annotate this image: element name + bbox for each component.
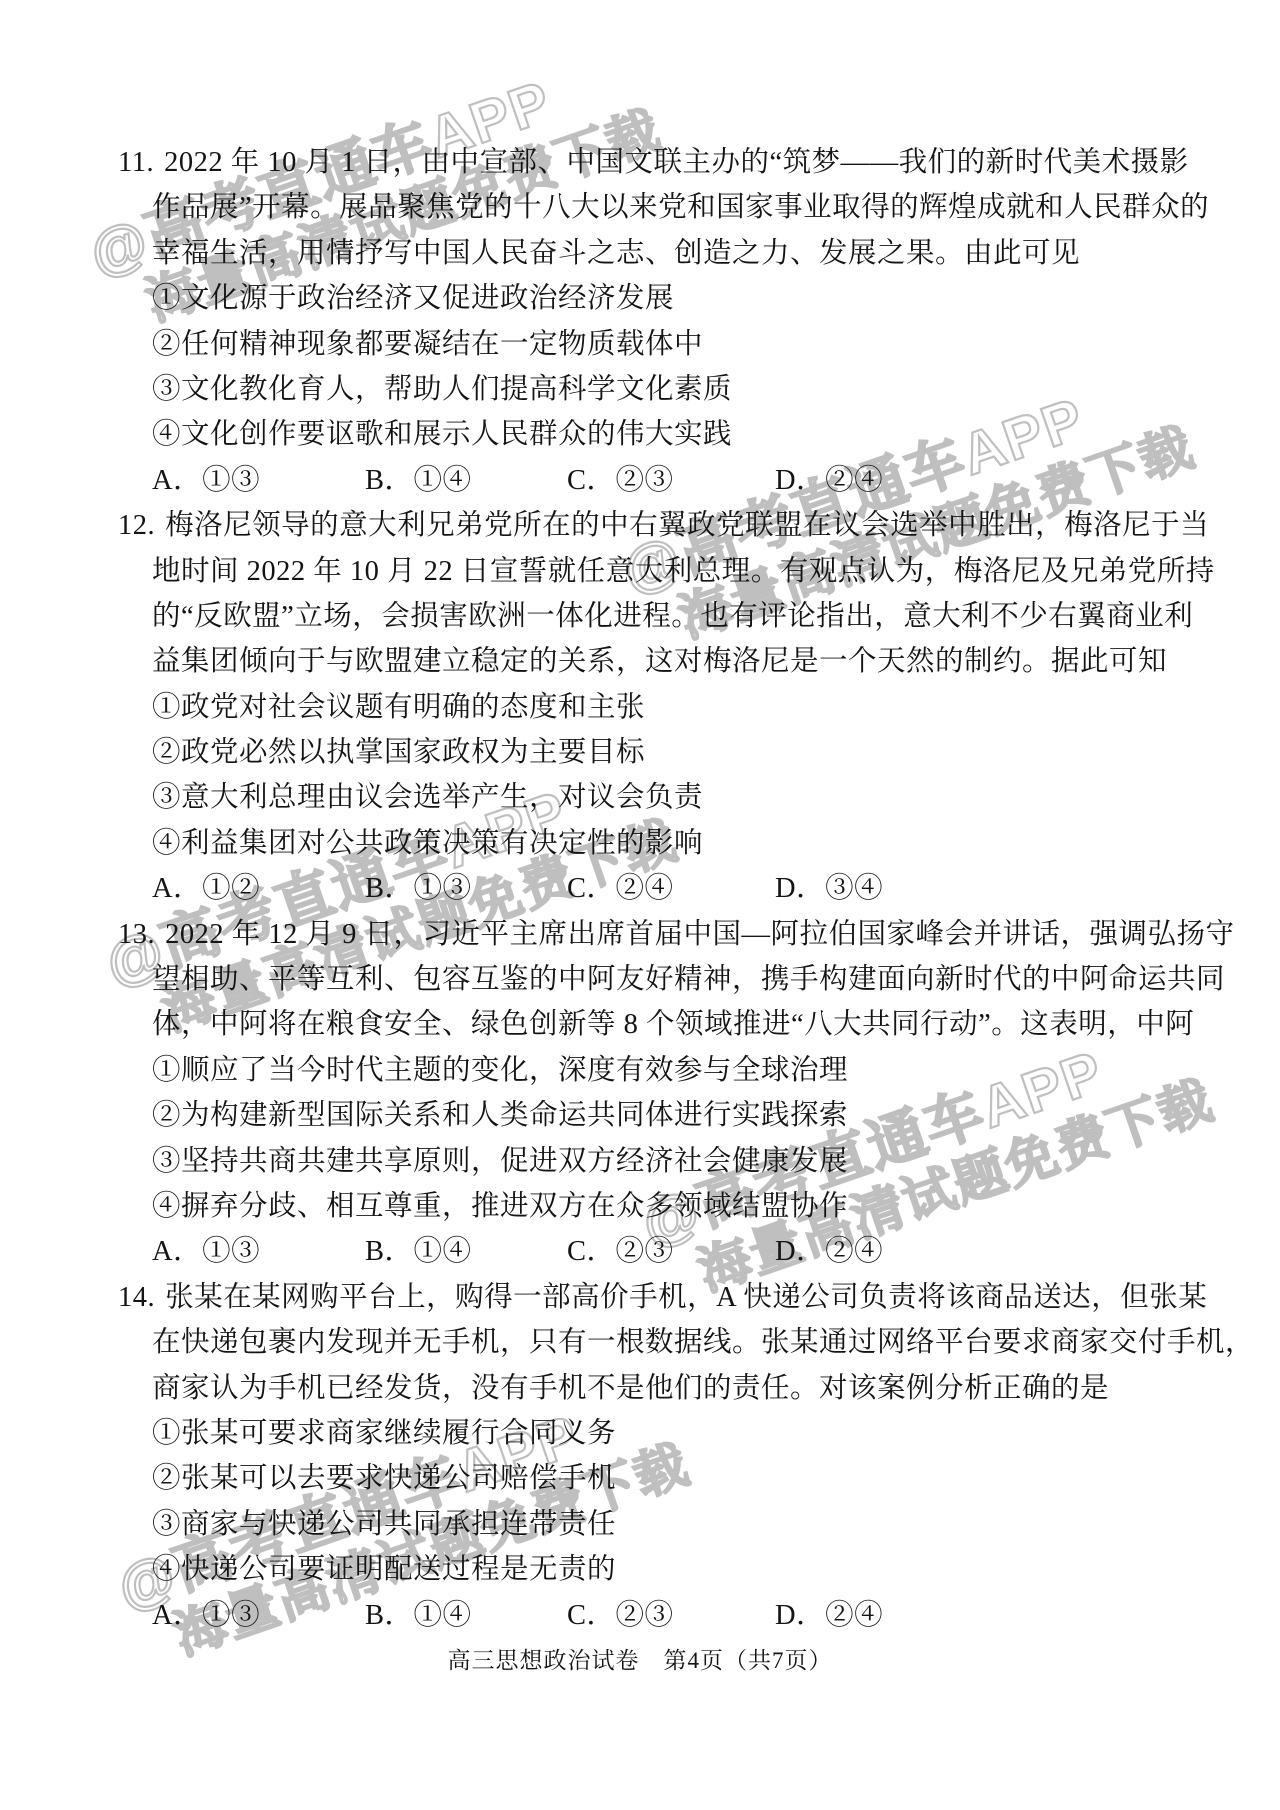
answer-option-d: D．②④ bbox=[775, 1229, 883, 1274]
answer-row: A．①③ B．①④ C．②③ D．②④ bbox=[0, 1593, 1280, 1638]
answer-option-b: B．①③ bbox=[365, 866, 567, 911]
answer-option-d: D．②④ bbox=[775, 1593, 883, 1638]
question-option-1: ①张某可要求商家继续履行合同义务 bbox=[0, 1411, 1280, 1456]
question-13: 13.2022 年 12 月 9 日，习近平主席出席首届中国—阿拉伯国家峰会并讲… bbox=[0, 912, 1280, 1275]
question-line: 11.2022 年 10 月 1 日，由中宣部、中国文联主办的“筑梦——我们的新… bbox=[0, 140, 1280, 185]
question-option-3: ③商家与快递公司共同承担连带责任 bbox=[0, 1502, 1280, 1547]
answer-row: A．①③ B．①④ C．②③ D．②④ bbox=[0, 1229, 1280, 1274]
question-first-line: 2022 年 10 月 1 日，由中宣部、中国文联主办的“筑梦——我们的新时代美… bbox=[164, 147, 1189, 178]
question-line: 12.梅洛尼领导的意大利兄弟党所在的中右翼政党联盟在议会选举中胜出，梅洛尼于当 bbox=[0, 503, 1280, 548]
question-number: 13. bbox=[118, 912, 155, 957]
answer-option-a: A．①③ bbox=[152, 1593, 365, 1638]
question-option-4: ④文化创作要讴歌和展示人民群众的伟大实践 bbox=[0, 412, 1280, 457]
answer-option-a: A．①② bbox=[152, 866, 365, 911]
answer-option-c: C．②③ bbox=[567, 1229, 775, 1274]
question-first-line: 梅洛尼领导的意大利兄弟党所在的中右翼政党联盟在议会选举中胜出，梅洛尼于当 bbox=[165, 510, 1209, 541]
question-line: 在快递包裹内发现并无手机，只有一根数据线。张某通过网络平台要求商家交付手机， bbox=[0, 1320, 1280, 1365]
question-12: 12.梅洛尼领导的意大利兄弟党所在的中右翼政党联盟在议会选举中胜出，梅洛尼于当 … bbox=[0, 503, 1280, 912]
answer-row: A．①② B．①③ C．②④ D．③④ bbox=[0, 866, 1280, 911]
page-footer: 高三思想政治试卷 第4页（共7页） bbox=[0, 1638, 1280, 1683]
question-option-3: ③坚持共商共建共享原则，促进双方经济社会健康发展 bbox=[0, 1139, 1280, 1184]
question-line: 的“反欧盟”立场，会损害欧洲一体化进程。也有评论指出，意大利不少右翼商业利 bbox=[0, 594, 1280, 639]
exam-content: 11.2022 年 10 月 1 日，由中宣部、中国文联主办的“筑梦——我们的新… bbox=[0, 140, 1280, 1683]
question-line: 望相助、平等互利、包容互鉴的中阿友好精神，携手构建面向新时代的中阿命运共同 bbox=[0, 957, 1280, 1002]
question-line: 益集团倾向于与欧盟建立稳定的关系，这对梅洛尼是一个天然的制约。据此可知 bbox=[0, 639, 1280, 684]
answer-option-c: C．②④ bbox=[567, 866, 775, 911]
question-line: 作品展”开幕。展品聚焦党的十八大以来党和国家事业取得的辉煌成就和人民群众的 bbox=[0, 185, 1280, 230]
question-number: 12. bbox=[118, 503, 155, 548]
question-option-4: ④摒弃分歧、相互尊重，推进双方在众多领域结盟协作 bbox=[0, 1184, 1280, 1229]
question-option-2: ②任何精神现象都要凝结在一定物质载体中 bbox=[0, 322, 1280, 367]
question-14: 14.张某在某网购平台上，购得一部高价手机，A 快递公司负责将该商品送达，但张某… bbox=[0, 1275, 1280, 1638]
question-11: 11.2022 年 10 月 1 日，由中宣部、中国文联主办的“筑梦——我们的新… bbox=[0, 140, 1280, 503]
answer-option-b: B．①④ bbox=[365, 458, 567, 503]
question-option-2: ②张某可以去要求快递公司赔偿手机 bbox=[0, 1456, 1280, 1501]
question-option-4: ④利益集团对公共政策决策有决定性的影响 bbox=[0, 821, 1280, 866]
answer-option-a: A．①③ bbox=[152, 458, 365, 503]
answer-option-d: D．③④ bbox=[775, 866, 883, 911]
question-option-1: ①顺应了当今时代主题的变化，深度有效参与全球治理 bbox=[0, 1048, 1280, 1093]
question-line: 13.2022 年 12 月 9 日，习近平主席出席首届中国—阿拉伯国家峰会并讲… bbox=[0, 912, 1280, 957]
question-line: 地时间 2022 年 10 月 22 日宣誓就任意大利总理。有观点认为，梅洛尼及… bbox=[0, 549, 1280, 594]
question-number: 14. bbox=[118, 1275, 155, 1320]
answer-option-c: C．②③ bbox=[567, 1593, 775, 1638]
question-option-2: ②政党必然以执掌国家政权为主要目标 bbox=[0, 730, 1280, 775]
answer-row: A．①③ B．①④ C．②③ D．②④ bbox=[0, 458, 1280, 503]
question-line: 幸福生活，用情抒写中国人民奋斗之志、创造之力、发展之果。由此可见 bbox=[0, 231, 1280, 276]
question-option-3: ③文化教化育人，帮助人们提高科学文化素质 bbox=[0, 367, 1280, 412]
question-line: 商家认为手机已经发货，没有手机不是他们的责任。对该案例分析正确的是 bbox=[0, 1366, 1280, 1411]
question-option-2: ②为构建新型国际关系和人类命运共同体进行实践探索 bbox=[0, 1093, 1280, 1138]
question-first-line: 2022 年 12 月 9 日，习近平主席出席首届中国—阿拉伯国家峰会并讲话，强… bbox=[165, 919, 1234, 950]
answer-option-b: B．①④ bbox=[365, 1593, 567, 1638]
answer-option-b: B．①④ bbox=[365, 1229, 567, 1274]
question-first-line: 张某在某网购平台上，购得一部高价手机，A 快递公司负责将该商品送达，但张某 bbox=[165, 1282, 1207, 1313]
question-line: 14.张某在某网购平台上，购得一部高价手机，A 快递公司负责将该商品送达，但张某 bbox=[0, 1275, 1280, 1320]
question-number: 11. bbox=[118, 140, 154, 185]
question-option-4: ④快递公司要证明配送过程是无责的 bbox=[0, 1547, 1280, 1592]
exam-page: @高考直通车APP 海量高清试题免费下载 @高考直通车APP 海量高清试题免费下… bbox=[0, 0, 1280, 1810]
question-option-3: ③意大利总理由议会选举产生，对议会负责 bbox=[0, 775, 1280, 820]
answer-option-a: A．①③ bbox=[152, 1229, 365, 1274]
question-option-1: ①政党对社会议题有明确的态度和主张 bbox=[0, 685, 1280, 730]
question-line: 体，中阿将在粮食安全、绿色创新等 8 个领域推进“八大共同行动”。这表明，中阿 bbox=[0, 1002, 1280, 1047]
answer-option-d: D．②④ bbox=[775, 458, 883, 503]
answer-option-c: C．②③ bbox=[567, 458, 775, 503]
question-option-1: ①文化源于政治经济又促进政治经济发展 bbox=[0, 276, 1280, 321]
